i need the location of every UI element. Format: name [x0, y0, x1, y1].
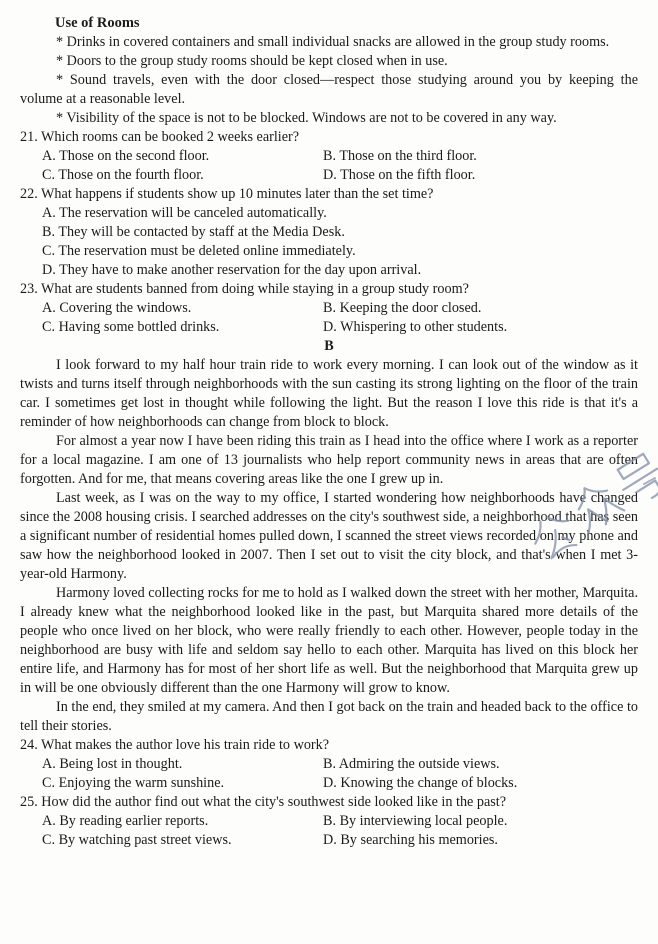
bullet-icon: * [56, 72, 63, 88]
option-d: D. Whispering to other students. [323, 318, 638, 337]
question-text: How did the author find out what the cit… [41, 794, 506, 810]
option-d: D. They have to make another reservation… [42, 261, 638, 280]
question-stem: 24. What makes the author love his train… [20, 736, 638, 755]
passage-paragraph-3: Last week, as I was on the way to my off… [20, 489, 638, 584]
bullet-icon: * [56, 53, 63, 69]
option-b: B. By interviewing local people. [323, 812, 638, 831]
option-a: A. By reading earlier reports. [42, 812, 323, 831]
option-d: D. Knowing the change of blocks. [323, 774, 638, 793]
question-number: 23. [20, 281, 38, 297]
question-stem: 25. How did the author find out what the… [20, 793, 638, 812]
option-c: C. Having some bottled drinks. [42, 318, 323, 337]
options: A. Those on the second floor. B. Those o… [42, 147, 638, 185]
passage-paragraph-1: I look forward to my half hour train rid… [20, 356, 638, 432]
rule-text: Doors to the group study rooms should be… [67, 53, 448, 69]
notice-heading: Use of Rooms [55, 14, 638, 33]
question-23: 23. What are students banned from doing … [20, 280, 638, 337]
question-number: 21. [20, 129, 38, 145]
question-21: 21. Which rooms can be booked 2 weeks ea… [20, 128, 638, 185]
passage-paragraph-2: For almost a year now I have been riding… [20, 432, 638, 489]
question-text: What happens if students show up 10 minu… [41, 186, 433, 202]
rule-text: Sound travels, even with the door closed… [20, 72, 638, 107]
exam-page: Use of Rooms * Drinks in covered contain… [0, 0, 658, 944]
bullet-icon: * [56, 110, 63, 126]
passage-paragraph-5: In the end, they smiled at my camera. An… [20, 698, 638, 736]
option-c: C. Enjoying the warm sunshine. [42, 774, 323, 793]
question-stem: 23. What are students banned from doing … [20, 280, 638, 299]
option-d: D. By searching his memories. [323, 831, 638, 850]
question-22: 22. What happens if students show up 10 … [20, 185, 638, 280]
bullet-icon: * [56, 34, 63, 50]
option-b: B. Keeping the door closed. [323, 299, 638, 318]
question-stem: 22. What happens if students show up 10 … [20, 185, 638, 204]
option-b: B. They will be contacted by staff at th… [42, 223, 638, 242]
question-number: 25. [20, 794, 38, 810]
passage-paragraph-4: Harmony loved collecting rocks for me to… [20, 584, 638, 698]
option-a: A. Being lost in thought. [42, 755, 323, 774]
passage-section-label: B [20, 337, 638, 356]
option-c: C. Those on the fourth floor. [42, 166, 323, 185]
question-stem: 21. Which rooms can be booked 2 weeks ea… [20, 128, 638, 147]
question-number: 24. [20, 737, 38, 753]
option-d: D. Those on the fifth floor. [323, 166, 638, 185]
question-text: What are students banned from doing whil… [41, 281, 469, 297]
page-content: Use of Rooms * Drinks in covered contain… [0, 0, 658, 850]
question-text: Which rooms can be booked 2 weeks earlie… [41, 129, 299, 145]
rule-item-2: * Doors to the group study rooms should … [20, 52, 638, 71]
rule-text: Drinks in covered containers and small i… [67, 34, 610, 50]
option-a: A. Those on the second floor. [42, 147, 323, 166]
option-b: B. Those on the third floor. [323, 147, 638, 166]
rule-item-3: * Sound travels, even with the door clos… [20, 71, 638, 109]
option-c: C. By watching past street views. [42, 831, 323, 850]
rule-text: Visibility of the space is not to be blo… [66, 110, 556, 126]
options: A. Covering the windows. B. Keeping the … [42, 299, 638, 337]
rule-item-4: * Visibility of the space is not to be b… [20, 109, 638, 128]
option-a: A. The reservation will be canceled auto… [42, 204, 638, 223]
option-b: B. Admiring the outside views. [323, 755, 638, 774]
option-c: C. The reservation must be deleted onlin… [42, 242, 638, 261]
options: A. Being lost in thought. B. Admiring th… [42, 755, 638, 793]
question-text: What makes the author love his train rid… [41, 737, 329, 753]
question-25: 25. How did the author find out what the… [20, 793, 638, 850]
question-24: 24. What makes the author love his train… [20, 736, 638, 793]
question-number: 22. [20, 186, 38, 202]
option-a: A. Covering the windows. [42, 299, 323, 318]
options: A. By reading earlier reports. B. By int… [42, 812, 638, 850]
rule-item-1: * Drinks in covered containers and small… [20, 33, 638, 52]
